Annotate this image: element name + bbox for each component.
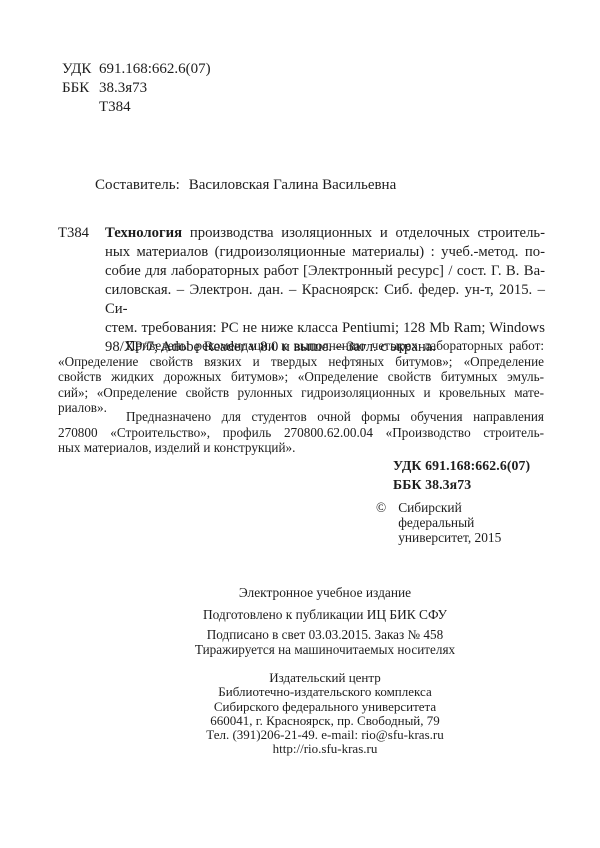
text-line: сий»; «Определение свойств рулонных гидр… <box>58 385 544 401</box>
right-codes-block: УДК 691.168:662.6(07) ББК 38.3я73 <box>393 457 530 494</box>
text-line: 660041, г. Красноярск, пр. Свободный, 79 <box>105 714 545 728</box>
text-line: Библиотечно-издательского комплекса <box>105 685 545 699</box>
text-line: Тел. (391)206-21-49. e-mail: rio@sfu-kra… <box>105 728 545 742</box>
release-info: Подписано в свет 03.03.2015. Заказ № 458… <box>105 628 545 657</box>
top-codes-block: УДК 691.168:662.6(07) ББК 38.3я73 Т384 <box>62 60 211 117</box>
text-line: Приведены рекомендации к выполнению четы… <box>58 338 544 354</box>
text-line: университет, 2015 <box>398 530 501 545</box>
compiler-label: Составитель: <box>95 177 180 193</box>
bbk-value: 38.3я73 <box>99 79 147 98</box>
text-line: силовская. – Электрон. дан. – Красноярск… <box>105 281 545 319</box>
abstract-paragraph: Приведены рекомендации к выполнению четы… <box>58 338 544 416</box>
right-udk: УДК 691.168:662.6(07) <box>393 457 530 476</box>
prepared-line: Подготовлено к публикации ИЦ БИК СФУ <box>105 607 545 623</box>
text-line: ных материалов, изделий и конструкций». <box>58 440 544 456</box>
text-line: собие для лабораторных работ [Электронны… <box>105 262 545 281</box>
text-line: Сибирского федерального университета <box>105 700 545 714</box>
audience-paragraph: Предназначено для студентов очной формы … <box>58 409 544 456</box>
text-line: Тиражируется на машиночитаемых носителях <box>105 643 545 658</box>
bib-lead-word: Технология <box>105 225 182 241</box>
edition-type-line: Электронное учебное издание <box>105 585 545 601</box>
bib-first-line: Технология производства изоляционных и о… <box>105 224 545 243</box>
udk-value: 691.168:662.6(07) <box>99 60 211 79</box>
copyright-icon: © <box>376 500 386 546</box>
bib-code: Т384 <box>58 224 89 243</box>
author-sign-row: Т384 <box>62 98 211 117</box>
text-line: 270800 «Строительство», профиль 270800.6… <box>58 425 544 441</box>
publisher-block: Издательский центрБиблиотечно-издательск… <box>105 671 545 757</box>
text-line: Подписано в свет 03.03.2015. Заказ № 458 <box>105 628 545 643</box>
bib-first-line-rest: производства изоляционных и отделочных с… <box>182 225 545 241</box>
text-line: стем. требования: PC не ниже класса Pent… <box>105 319 545 338</box>
author-sign-label <box>62 98 99 117</box>
udk-label: УДК <box>62 60 99 79</box>
compiler-name: Василовская Галина Васильевна <box>189 177 397 193</box>
text-line: http://rio.sfu-kras.ru <box>105 742 545 756</box>
right-bbk: ББК 38.3я73 <box>393 476 530 495</box>
text-line: свойств жидких дорожных битумов»; «Опред… <box>58 369 544 385</box>
text-line: федеральный <box>398 515 501 530</box>
imprint-page: УДК 691.168:662.6(07) ББК 38.3я73 Т384 С… <box>0 0 600 848</box>
copyright-notice: © Сибирскийфедеральныйуниверситет, 2015 <box>376 500 501 546</box>
bbk-label: ББК <box>62 79 99 98</box>
text-line: ных материалов (гидроизоляционные матери… <box>105 243 545 262</box>
text-line: Издательский центр <box>105 671 545 685</box>
copyright-lines: Сибирскийфедеральныйуниверситет, 2015 <box>398 500 501 546</box>
text-line: «Определение свойств вязких и твердых не… <box>58 354 544 370</box>
text-line: Предназначено для студентов очной формы … <box>58 409 544 425</box>
bbk-row: ББК 38.3я73 <box>62 79 211 98</box>
text-line: Сибирский <box>398 500 501 515</box>
udk-row: УДК 691.168:662.6(07) <box>62 60 211 79</box>
compiler-line: Составитель:Василовская Галина Васильевн… <box>95 177 396 194</box>
author-sign-value: Т384 <box>99 98 131 117</box>
